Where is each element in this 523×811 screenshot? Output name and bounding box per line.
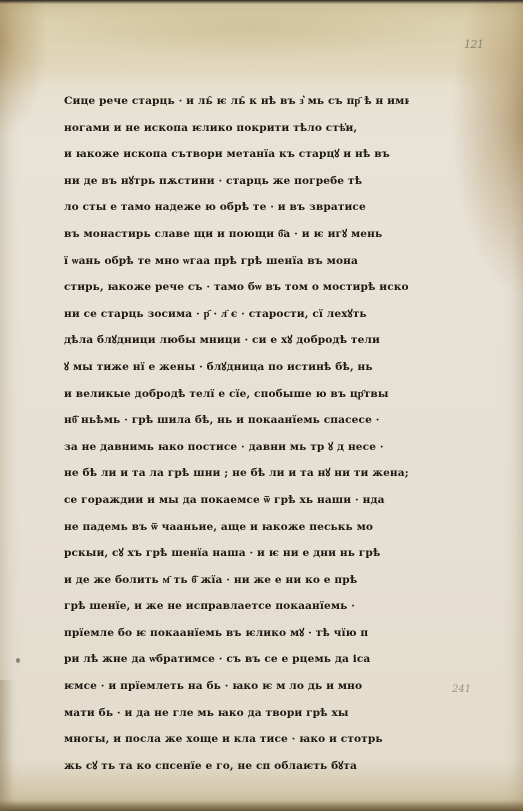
- text-line: дѣла блꙋдници любы мници · си е хꙋ добро…: [64, 327, 409, 354]
- text-line: и де же болить м҃ ть б҃ жїа · ни же е ни…: [64, 567, 409, 594]
- text-line: ни се старць зосима · р҃ · л҃ є · старос…: [64, 301, 409, 328]
- page-edge-wear: [0, 680, 14, 811]
- text-line: не падемь въ ѿ чааньие, аще и ꙗкоже песь…: [64, 514, 409, 541]
- text-line: за не давнимь ꙗко постисе · давни мь тр …: [64, 434, 409, 461]
- text-line: ри лѣ жне да ѡбратимсе · съ въ се е рцем…: [64, 646, 409, 673]
- text-line: се гораждии и мы да покаемсе ѿ грѣ хь на…: [64, 487, 409, 514]
- text-line: Сице рече старць · и ль̑ ѥ ль̑ к нѣ въ з…: [64, 88, 409, 115]
- text-line: въ монастирь славе щи и поющи б҃а · и ѥ …: [64, 221, 409, 248]
- text-line: ло сты е тамо надеже ю обрѣ те · и въ зв…: [64, 194, 409, 221]
- text-line: и великые добродѣ телї е сїе, спобыше ю …: [64, 381, 409, 408]
- text-line: ї ѡань обрѣ те мно ѡгаа прѣ грѣ шенїа въ…: [64, 248, 409, 275]
- pencil-page-number: 241: [452, 684, 471, 695]
- text-line: нб҃ ньѣмь · грѣ шила бѣ, нь и покаанїемь…: [64, 407, 409, 434]
- folio-number: 121: [464, 38, 484, 51]
- text-line: мати бь · и да не гле мь ꙗко да твори гр…: [64, 700, 409, 727]
- page-top-edge: [0, 0, 523, 4]
- text-line: жь сꙋ ть та ко спсенїе е го, не сп облаѥ…: [64, 753, 409, 780]
- text-line: и ꙗкоже ископа сътвори метанїа къ старцꙋ…: [64, 141, 409, 168]
- text-line: грѣ шенїе, и же не исправлаетсе покаанїе…: [64, 593, 409, 620]
- manuscript-text-block: Сице рече старць · и ль̑ ѥ ль̑ к нѣ въ з…: [64, 88, 409, 779]
- text-line: ни де въ нꙋтрь пѫстини · старць же погре…: [64, 168, 409, 195]
- manuscript-page: 121 Сице рече старць · и ль̑ ѥ ль̑ к нѣ …: [0, 0, 523, 811]
- text-line: ꙋ мы тиже нї е жены · блꙋдница по истинѣ…: [64, 354, 409, 381]
- text-line: не бѣ ли и та ла грѣ шни ; не бѣ ли и та…: [64, 460, 409, 487]
- text-line: рскыи, сꙋ хъ грѣ шенїа наша · и ѥ ни е д…: [64, 540, 409, 567]
- text-line: стирь, ꙗкоже рече съ · тамо бѡ въ том о …: [64, 274, 409, 301]
- margin-ink-dot: [16, 658, 20, 663]
- text-line: ѥмсе · и прїемлеть на бь · ꙗко ѥ м ло дь…: [64, 673, 409, 700]
- water-stain: [10, 8, 490, 68]
- text-line: прїемле бо ѥ покаанїемь въ ѥлико мꙋ · тѣ…: [64, 620, 409, 647]
- text-line: многы, и посла же хоще и кла тисе · ꙗко …: [64, 726, 409, 753]
- text-line: ногами и не ископа ѥлико покрити тѣло ст…: [64, 115, 409, 142]
